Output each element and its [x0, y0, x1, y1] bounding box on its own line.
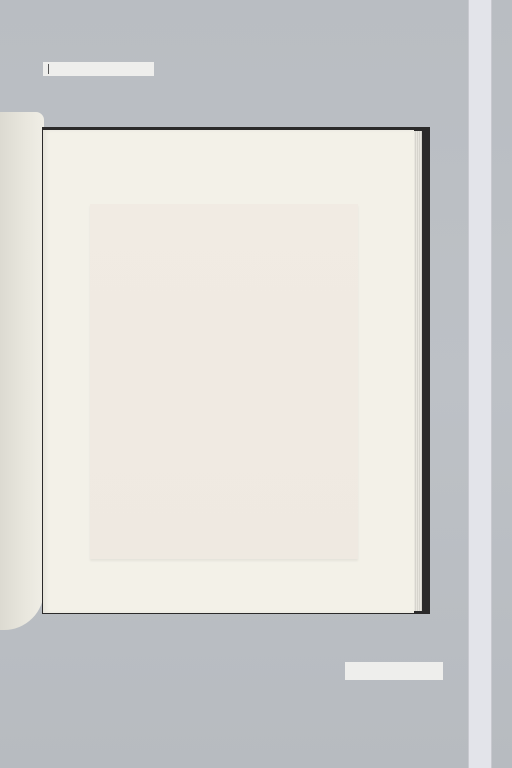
caption-number	[46, 64, 49, 74]
left-curled-page	[0, 112, 44, 630]
typed-document-sheet	[90, 204, 358, 559]
caption-label	[43, 62, 154, 76]
measurement-ruler	[468, 0, 492, 768]
library-name	[345, 662, 443, 680]
color-calibration-chart	[445, 244, 469, 512]
